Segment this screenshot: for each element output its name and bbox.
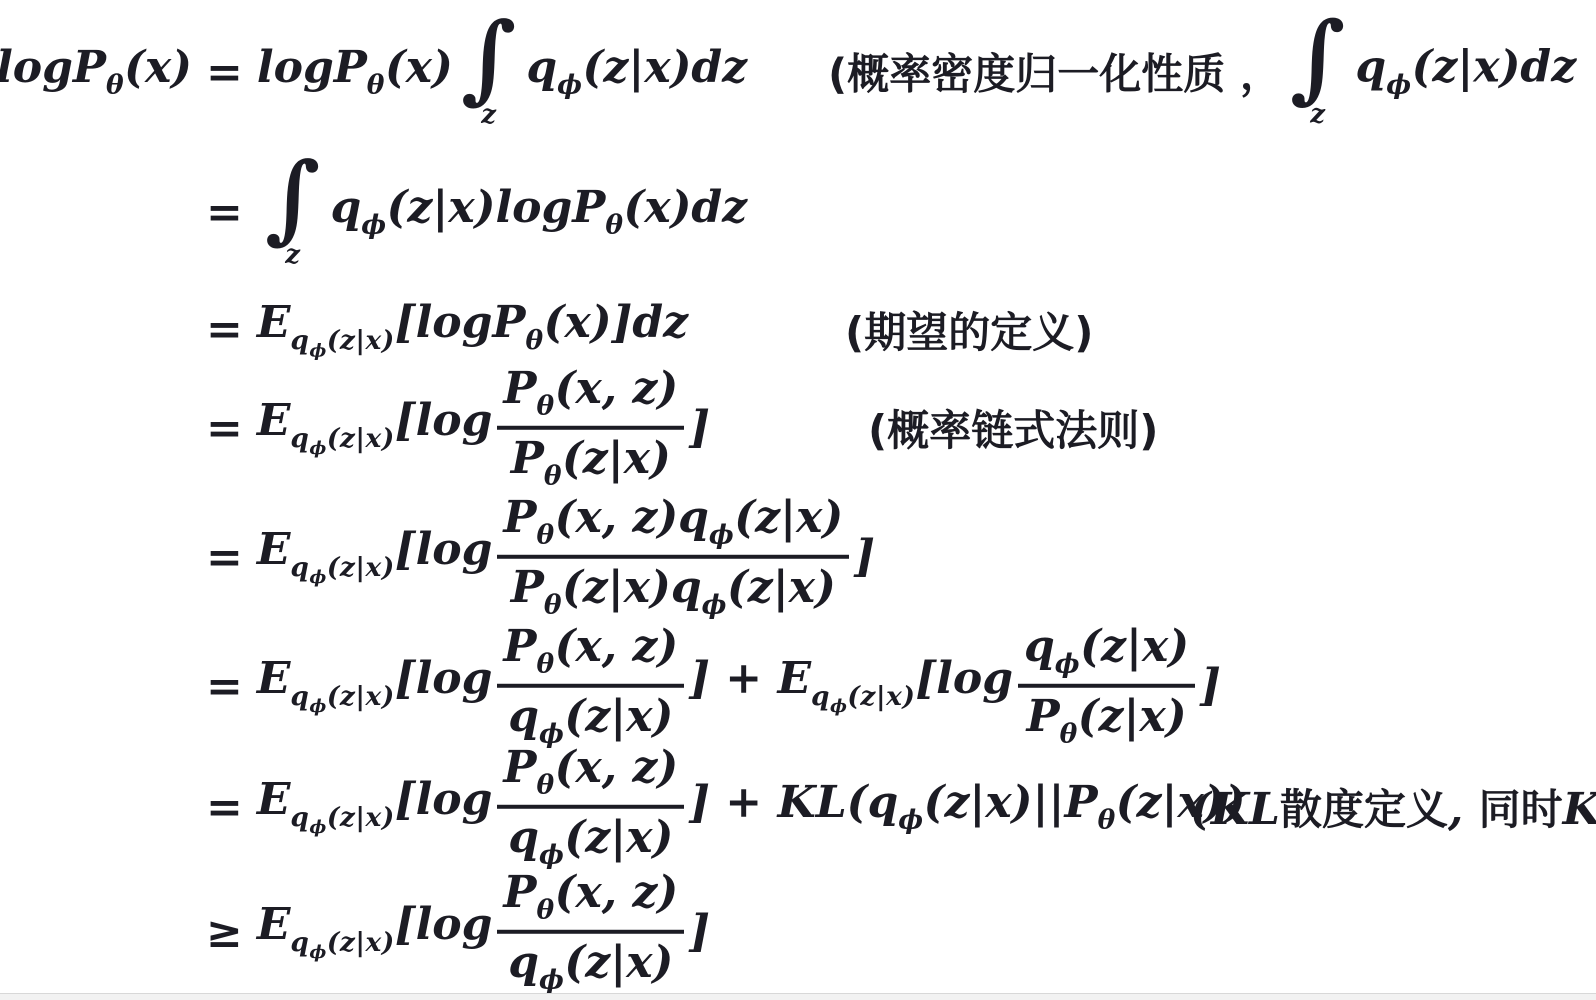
equation-rhs: Eqϕ(z|x)[logPθ(x, z)qϕ(z|x)] + Eqϕ(z|x)[…: [257, 622, 1221, 750]
fraction-denominator: qϕ(z|x): [502, 938, 679, 996]
annotation: (KL散度定义, 同时KL: [1190, 777, 1596, 837]
subscript-group: qϕ(z|x): [290, 552, 394, 583]
subscript: θ: [537, 770, 555, 801]
subscript: ϕ: [309, 696, 326, 717]
fraction: Pθ(x, z)qϕ(z|x): [497, 743, 684, 871]
fraction-bar: [497, 930, 684, 934]
fraction-numerator: qϕ(z|x): [1018, 622, 1195, 680]
math-run: Pθ(x, z): [503, 867, 678, 918]
equation-rhs: Eqϕ(z|x)[logPθ(x, z)Pθ(z|x)]: [257, 364, 710, 492]
math-run: Pθ(x, z): [503, 363, 678, 414]
math-run: (概率链式法则): [868, 398, 1158, 458]
subscript-group: qϕ(z|x): [290, 802, 394, 833]
annotation-text: 同时: [1479, 785, 1563, 834]
integral-icon: ∫: [461, 14, 517, 102]
subscript-group: qϕ(z|x): [290, 927, 394, 958]
relation-symbol: =: [206, 305, 243, 356]
equation-row: =Eqϕ(z|x)[logPθ(x, z)qϕ(z|x)] + Eqϕ(z|x)…: [0, 622, 1596, 750]
equation-rhs: ∫zqϕ(z|x)logPθ(x)dz: [257, 154, 747, 270]
fraction-bar: [497, 684, 684, 688]
math-run: Eqϕ(z|x)[log: [257, 396, 493, 460]
subscript-group: qϕ(z|x): [811, 681, 915, 712]
math-run: (KL散度定义, 同时KL: [1190, 777, 1596, 837]
integral-icon: ∫: [1290, 14, 1346, 102]
subscript: ϕ: [309, 567, 326, 588]
math-run: Eqϕ(z|x)[logPθ(x)]dz: [257, 298, 688, 362]
fraction-numerator: Pθ(x, z): [497, 868, 684, 926]
fraction-bar: [1018, 684, 1195, 688]
equation-row: =∫zqϕ(z|x)logPθ(x)dz: [0, 154, 1596, 270]
subscript: ϕ: [361, 210, 386, 241]
relation-symbol: =: [206, 782, 243, 833]
derivation-area: logPθ(x)=logPθ(x)∫zqϕ(z|x)dz(概率密度归一化性质 ，…: [0, 0, 1596, 1000]
equation-row: =Eqϕ(z|x)[logPθ(x)]dz(期望的定义): [0, 298, 1596, 362]
math-run: qϕ(z|x)logPθ(x)dz: [330, 183, 747, 241]
relation-symbol: =: [206, 661, 243, 712]
subscript: ϕ: [309, 438, 326, 459]
fraction: Pθ(x, z)qϕ(z|x)Pθ(z|x)qϕ(z|x): [497, 493, 849, 621]
fraction-numerator: Pθ(x, z)qϕ(z|x): [497, 493, 849, 551]
subscript: θ: [106, 70, 124, 101]
equation-row: =Eqϕ(z|x)[logPθ(x, z)qϕ(z|x)Pθ(z|x)qϕ(z|…: [0, 493, 1596, 621]
fraction-denominator: Pθ(z|x)qϕ(z|x): [505, 563, 842, 621]
annotation: (概率链式法则): [868, 398, 1158, 458]
math-run: Pθ(x, z): [503, 621, 678, 672]
fraction-numerator: Pθ(x, z): [497, 622, 684, 680]
fraction-denominator: qϕ(z|x): [502, 813, 679, 871]
math-run: Eqϕ(z|x)[log: [257, 775, 493, 839]
subscript: ϕ: [309, 817, 326, 838]
relation-symbol: =: [206, 403, 243, 454]
equation-row: =Eqϕ(z|x)[logPθ(x, z)Pθ(z|x)](概率链式法则): [0, 364, 1596, 492]
integral: ∫z: [461, 14, 517, 130]
equation-lhs: logPθ(x): [20, 43, 192, 101]
fraction-denominator: Pθ(z|x): [1020, 692, 1192, 750]
math-run: Pθ(x, z): [503, 742, 678, 793]
subscript: ϕ: [309, 340, 326, 361]
equation-rhs: Eqϕ(z|x)[logPθ(x)]dz: [257, 298, 688, 362]
math-run: (期望的定义): [845, 300, 1093, 360]
subscript: ϕ: [1386, 70, 1411, 101]
subscript: ϕ: [898, 805, 923, 836]
integral-limit: z: [1310, 100, 1325, 130]
relation-symbol: ≥: [206, 907, 243, 958]
fraction-bar: [497, 805, 684, 809]
equation-rhs: Eqϕ(z|x)[logPθ(x, z)qϕ(z|x)] + KL(qϕ(z|x…: [257, 743, 1246, 871]
annotation-text: (期望的定义): [845, 308, 1093, 357]
annotation-text: (概率密度归一化性质 ，: [828, 50, 1282, 99]
subscript-group: qϕ(z|x): [290, 325, 394, 356]
math-run: qϕ(z|x)dz = 1): [1355, 43, 1596, 101]
subscript: θ: [537, 520, 555, 551]
math-run: qϕ(z|x): [508, 812, 673, 863]
relation-symbol: =: [206, 187, 243, 238]
math-run: qϕ(z|x)dz: [526, 43, 747, 101]
math-run: Eqϕ(z|x)[log: [257, 525, 493, 589]
subscript: θ: [1098, 805, 1116, 836]
math-run: qϕ(z|x): [1024, 621, 1189, 672]
annotation: (概率密度归一化性质 ，∫zqϕ(z|x)dz = 1): [828, 14, 1596, 130]
relation-symbol: =: [206, 47, 243, 98]
subscript: ϕ: [830, 696, 847, 717]
integral-icon: ∫: [265, 154, 321, 242]
math-run: qϕ(z|x): [508, 937, 673, 988]
fraction: qϕ(z|x)Pθ(z|x): [1018, 622, 1195, 750]
subscript: ϕ: [709, 520, 734, 551]
math-run: ]: [689, 403, 710, 454]
fraction: Pθ(x, z)Pθ(z|x): [497, 364, 684, 492]
math-run: ] + KL(qϕ(z|x)||Pθ(z|x)): [689, 778, 1245, 836]
subscript: ϕ: [309, 942, 326, 963]
page-bottom-divider: [0, 993, 1596, 1000]
subscript: θ: [537, 649, 555, 680]
equation-rhs: Eqϕ(z|x)[logPθ(x, z)qϕ(z|x)Pθ(z|x)qϕ(z|x…: [257, 493, 875, 621]
subscript: ϕ: [702, 590, 727, 621]
math-run: ] + Eqϕ(z|x)[log: [689, 654, 1013, 718]
subscript: θ: [605, 210, 623, 241]
fraction-bar: [497, 426, 684, 430]
integral-limit: z: [285, 240, 300, 270]
annotation-text: (概率链式法则): [868, 406, 1158, 455]
annotation-text: 散度定义: [1280, 785, 1448, 834]
subscript-group: qϕ(z|x): [290, 681, 394, 712]
math-run: qϕ(z|x): [508, 691, 673, 742]
math-run: Pθ(z|x)qϕ(z|x): [511, 562, 836, 613]
subscript-group: qϕ(z|x): [290, 423, 394, 454]
equation-row: logPθ(x)=logPθ(x)∫zqϕ(z|x)dz(概率密度归一化性质 ，…: [0, 14, 1596, 130]
math-run: Eqϕ(z|x)[log: [257, 654, 493, 718]
subscript: ϕ: [539, 965, 564, 996]
math-run: logPθ(x): [0, 43, 192, 101]
relation-symbol: =: [206, 532, 243, 583]
subscript: θ: [544, 590, 562, 621]
math-run: ]: [689, 907, 710, 958]
annotation: (期望的定义): [845, 300, 1093, 360]
equation-row: =Eqϕ(z|x)[logPθ(x, z)qϕ(z|x)] + KL(qϕ(z|…: [0, 743, 1596, 871]
subscript: θ: [526, 325, 544, 356]
math-run: ]: [1200, 661, 1221, 712]
integral-limit: z: [481, 100, 496, 130]
integral: ∫z: [265, 154, 321, 270]
subscript: θ: [544, 461, 562, 492]
math-run: Pθ(z|x): [1026, 691, 1186, 742]
fraction-numerator: Pθ(x, z): [497, 364, 684, 422]
subscript: θ: [537, 895, 555, 926]
math-run: ]: [854, 532, 875, 583]
equation-row: ≥Eqϕ(z|x)[logPθ(x, z)qϕ(z|x)]: [0, 868, 1596, 996]
fraction-denominator: Pθ(z|x): [505, 434, 677, 492]
subscript: ϕ: [557, 70, 582, 101]
math-run: (概率密度归一化性质 ，: [828, 42, 1282, 102]
fraction-numerator: Pθ(x, z): [497, 743, 684, 801]
subscript: ϕ: [1055, 649, 1080, 680]
equation-rhs: logPθ(x)∫zqϕ(z|x)dz: [257, 14, 747, 130]
math-run: Eqϕ(z|x)[log: [257, 900, 493, 964]
integral: ∫z: [1290, 14, 1346, 130]
fraction: Pθ(x, z)qϕ(z|x): [497, 868, 684, 996]
math-run: Pθ(z|x): [511, 433, 671, 484]
fraction: Pθ(x, z)qϕ(z|x): [497, 622, 684, 750]
equation-rhs: Eqϕ(z|x)[logPθ(x, z)qϕ(z|x)]: [257, 868, 710, 996]
subscript: θ: [367, 70, 385, 101]
fraction-bar: [497, 555, 849, 559]
subscript: θ: [537, 391, 555, 422]
math-run: Pθ(x, z)qϕ(z|x): [503, 492, 843, 543]
math-run: logPθ(x): [257, 43, 453, 101]
